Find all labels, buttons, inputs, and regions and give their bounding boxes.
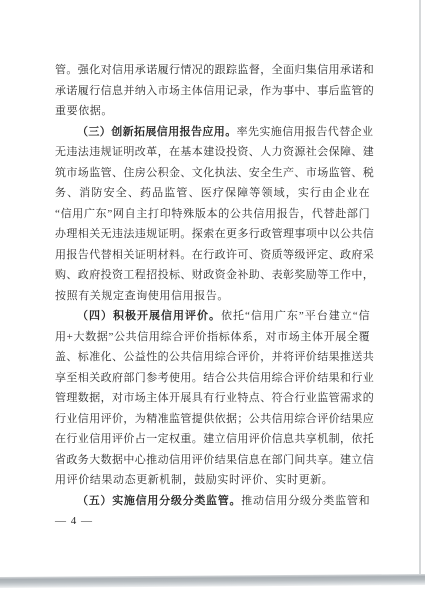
text-line: 用评价结果动态更新机制，鼓励实时评价、实时更新。	[55, 470, 370, 491]
text-line: 用+大数据”公共信用综合评价指标体系，对市场主体开展全覆	[55, 327, 370, 348]
page-shadow-bottom	[0, 574, 425, 588]
text-line: 按照有关规定查询使用信用报告。	[55, 286, 370, 307]
text-line: 重要依据。	[55, 101, 370, 122]
text-line: 在行业信用评价占一定权重。建立信用评价信息共享机制，依托	[55, 429, 370, 450]
text-line: （三）创新拓展信用报告应用。率先实施信用报告代替企业	[55, 122, 370, 143]
line-text: 率先实施信用报告代替企业	[237, 126, 374, 138]
text-line: 用报告代替相关证明材料。在行政许可、资质等级评定、政府采	[55, 245, 370, 266]
section-heading: （四）积极开展信用评价。	[77, 310, 221, 322]
text-line: 办理相关无违法违规证明。探索在更多行政管理事项中以公共信	[55, 224, 370, 245]
document-body: 管。强化对信用承诺履行情况的跟踪监督，全面归集信用承诺和承诺履行信息并纳入市场主…	[55, 60, 370, 511]
text-line: 享至相关政府部门参考使用。结合公共信用综合评价结果和行业	[55, 368, 370, 389]
section-heading: （三）创新拓展信用报告应用。	[77, 126, 237, 138]
line-text: 推动信用分级分类监管和	[241, 495, 370, 507]
text-line: 务、消防安全、药品监管、医疗保障等领域，实行由企业在	[55, 183, 370, 204]
text-line: 行业信用评价，为精准监管提供依据；公共信用综合评价结果应	[55, 409, 370, 430]
text-line: 购、政府投资工程招投标、财政资金补助、表彰奖励等工作中，	[55, 265, 370, 286]
text-line: （五）实施信用分级分类监管。推动信用分级分类监管和	[55, 491, 370, 512]
page-number: — 4 —	[55, 511, 93, 532]
text-line: 无违法违规证明改革，在基本建设投资、人力资源社会保障、建	[55, 142, 370, 163]
document-page: 管。强化对信用承诺履行情况的跟踪监督，全面归集信用承诺和承诺履行信息并纳入市场主…	[0, 0, 425, 600]
text-line: 筑市场监管、住房公积金、文化执法、安全生产、市场监管、税	[55, 163, 370, 184]
section-heading: （五）实施信用分级分类监管。	[77, 495, 241, 507]
text-line: （四）积极开展信用评价。依托“信用广东”平台建立“信	[55, 306, 370, 327]
text-line: 盖、标准化、公益性的公共信用综合评价，并将评价结果推送共	[55, 347, 370, 368]
text-line: 省政务大数据中心推动信用评价结果信息在部门间共享。建立信	[55, 450, 370, 471]
line-text: 依托“信用广东”平台建立“信	[221, 310, 370, 322]
text-line: 管理数据，对市场主体开展具有行业特点、符合行业监管需求的	[55, 388, 370, 409]
page-edge-right	[419, 0, 421, 574]
text-line: “信用广东”网自主打印特殊版本的公共信用报告，代替赴部门	[55, 204, 370, 225]
text-line: 管。强化对信用承诺履行情况的跟踪监督，全面归集信用承诺和	[55, 60, 370, 81]
text-line: 承诺履行信息并纳入市场主体信用记录，作为事中、事后监管的	[55, 81, 370, 102]
